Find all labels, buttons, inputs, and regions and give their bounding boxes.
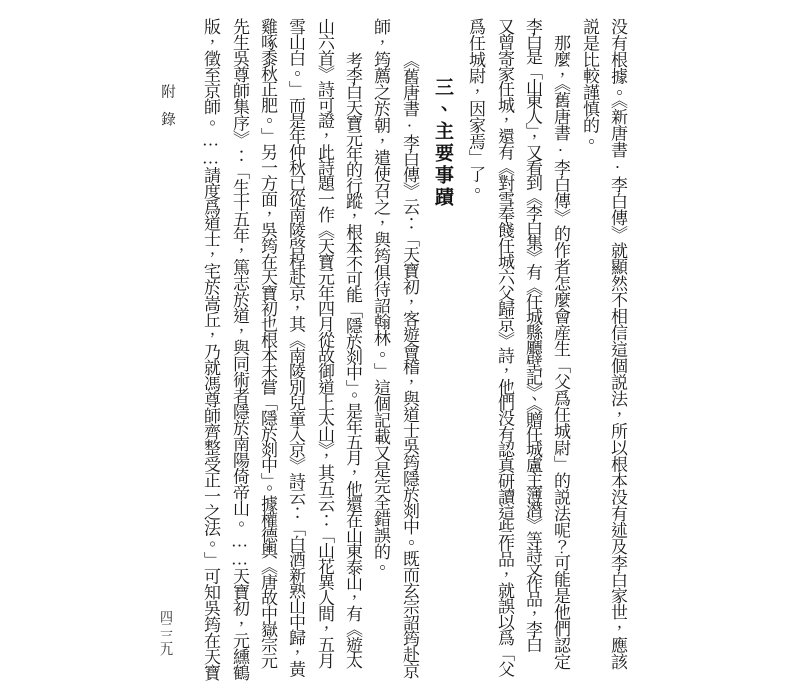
text-column: 又曾寄家任城，還有《對雪奉餞任城六父歸京》詩，他們没有認真研讀這些作品，就誤以爲… (493, 18, 515, 676)
section-heading: 三、主要事蹟 (430, 77, 454, 657)
text-column: 爲任城尉，因家焉」了。 (464, 18, 486, 676)
text-column: 《舊唐書·李白傳》云：「天寶初，客遊會稽，與道士吳筠隱於剡中。既而玄宗詔筠赴京 (398, 52, 420, 676)
text-column: 山六首》詩可證，此詩題一作《天寶元年四月從故御道上太山》，其五云：「山花異人間，… (313, 18, 335, 676)
text-column: 雪山白。」而是年仲秋已從南陵啓程赴京，其《南陵別兒童入京》詩云：「白酒新熟山中歸… (284, 18, 306, 676)
text-column: 説是比較謹慎的。 (578, 18, 600, 676)
text-column: 那麼，《舊唐書·李白傳》的作者怎麼會産生「父爲任城尉」的説法呢？可能是他們認定 (549, 34, 571, 676)
book-page: 没有根據。《新唐書·李白傳》就顯然不相信這個説法，所以根本没有述及李白家世，應該… (0, 0, 790, 697)
text-column: 李白是「山東人」，又看到《李白集》有《任城縣廳壁記》、《贈任城盧主簿潛》等詩文作… (521, 18, 543, 676)
text-column: 師，筠薦之於朝，遣使召之，與筠俱待詔翰林。」這個記載又是完全錯誤的。 (369, 18, 391, 676)
text-column: 雞啄黍秋正肥。」另一方面，吳筠在天寶初也根本未嘗「隱於剡中」。據權德輿《唐故中嶽… (256, 18, 278, 676)
page-number: 四二二九 (157, 610, 175, 654)
margin-label: 附錄 (158, 84, 178, 139)
text-column: 考李白天寶元年的行蹤，根本不可能「隱於剡中」。是年五月，他還在山東泰山，有《遊太 (341, 52, 363, 676)
text-column: 没有根據。《新唐書·李白傳》就顯然不相信這個説法，所以根本没有述及李白家世，應該 (606, 18, 628, 676)
text-column: 先生吳尊師集序》：「生十五年，篤志於道，與同術者隱於南陽倚帝山。……天寶初，元纁… (228, 18, 250, 676)
text-column: 版，徵至京師。……請度爲道士，宅於嵩丘，乃就馮尊師齊整受正一之法。」可知吳筠在天… (199, 18, 221, 676)
